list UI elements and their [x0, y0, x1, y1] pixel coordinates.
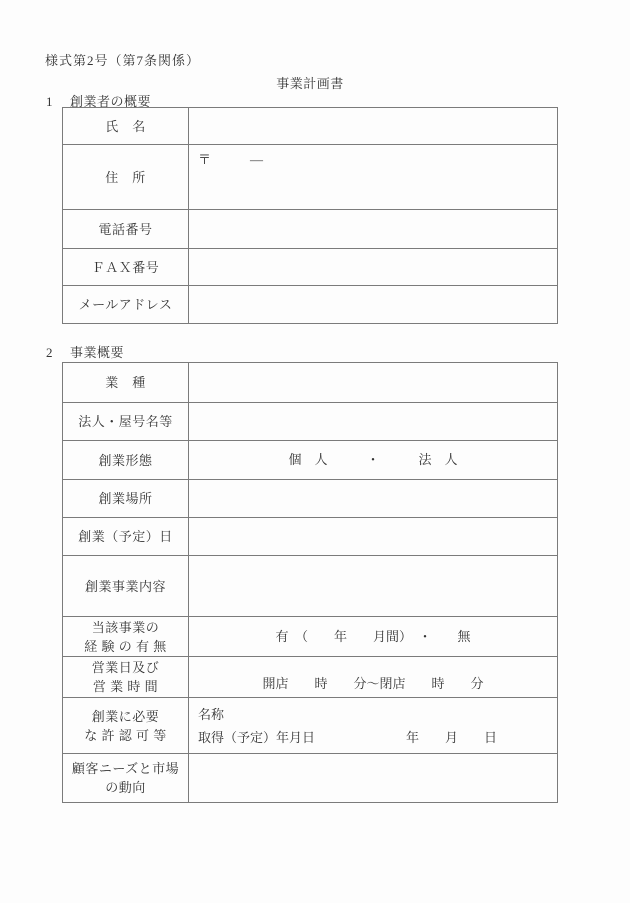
document-title: 事業計画書 [0, 73, 620, 92]
table-row-phone: 電話番号 [63, 209, 557, 248]
table-row-location: 創業場所 [63, 479, 557, 517]
experience-options: 有 （ 年 月間） ・ 無 [189, 617, 557, 656]
license-label-line1: 創業に必要 [92, 707, 160, 726]
section1-number: 1 [46, 94, 53, 110]
table-row-email: メールアドレス [63, 285, 557, 323]
license-label: 創業に必要 な 許 認 可 等 [63, 698, 189, 753]
name-value-cell [189, 108, 557, 144]
license-date-line: 取得（予定）年月日 年 月 日 [198, 726, 497, 749]
business-detail-label: 創業事業内容 [63, 556, 189, 616]
table-row-company-name: 法人・屋号名等 [63, 402, 557, 440]
email-label: メールアドレス [63, 286, 189, 323]
table-row-fax: ＦＡＸ番号 [63, 248, 557, 285]
experience-label-line1: 当該事業の [92, 618, 160, 637]
fax-label: ＦＡＸ番号 [63, 249, 189, 285]
document-page: 様式第2号（第7条関係） 事業計画書 1創業者の概要 氏 名 住 所 〒 ― 電… [0, 0, 630, 903]
founder-overview-table: 氏 名 住 所 〒 ― 電話番号 ＦＡＸ番号 メールアドレス [62, 107, 558, 324]
business-form-label: 創業形態 [63, 441, 189, 479]
business-detail-value-cell [189, 556, 557, 616]
company-name-label: 法人・屋号名等 [63, 403, 189, 440]
table-row-license: 創業に必要 な 許 認 可 等 名称 取得（予定）年月日 年 月 日 [63, 697, 557, 753]
customer-needs-label: 顧客ニーズと市場 の動向 [63, 754, 189, 802]
phone-value-cell [189, 210, 557, 248]
table-row-business-hours: 営業日及び 営 業 時 間 開店 時 分～閉店 時 分 [63, 656, 557, 697]
license-name-line: 名称 [198, 703, 224, 726]
table-row-experience: 当該事業の 経 験 の 有 無 有 （ 年 月間） ・ 無 [63, 616, 557, 656]
table-row-business-detail: 創業事業内容 [63, 555, 557, 616]
fax-value-cell [189, 249, 557, 285]
address-value-cell: 〒 ― [189, 145, 557, 209]
table-row-business-form: 創業形態 個 人 ・ 法 人 [63, 440, 557, 479]
customer-needs-label-line2: の動向 [105, 778, 146, 797]
section2-heading: 2事業概要 [46, 342, 124, 361]
table-row-name: 氏 名 [63, 108, 557, 144]
business-overview-table: 業 種 法人・屋号名等 創業形態 個 人 ・ 法 人 創業場所 創業（予定）日 … [62, 362, 558, 803]
address-label: 住 所 [63, 145, 189, 209]
license-label-line2: な 許 認 可 等 [84, 726, 167, 745]
industry-label: 業 種 [63, 363, 189, 402]
business-hours-value-cell: 開店 時 分～閉店 時 分 [189, 657, 557, 697]
email-value-cell [189, 286, 557, 323]
industry-value-cell [189, 363, 557, 402]
license-value-cell: 名称 取得（予定）年月日 年 月 日 [189, 698, 557, 753]
customer-needs-label-line1: 顧客ニーズと市場 [72, 759, 179, 778]
business-hours-label-line1: 営業日及び [92, 658, 160, 677]
table-row-industry: 業 種 [63, 363, 557, 402]
business-hours-label-line2: 営 業 時 間 [93, 677, 158, 696]
company-name-value-cell [189, 403, 557, 440]
section2-title: 事業概要 [70, 345, 124, 360]
table-row-customer-needs: 顧客ニーズと市場 の動向 [63, 753, 557, 802]
table-row-address: 住 所 〒 ― [63, 144, 557, 209]
section2-number: 2 [46, 345, 53, 361]
experience-label-line2: 経 験 の 有 無 [84, 637, 167, 656]
start-date-value-cell [189, 518, 557, 555]
experience-label: 当該事業の 経 験 の 有 無 [63, 617, 189, 656]
start-date-label: 創業（予定）日 [63, 518, 189, 555]
business-hours-label: 営業日及び 営 業 時 間 [63, 657, 189, 697]
customer-needs-value-cell [189, 754, 557, 802]
table-row-start-date: 創業（予定）日 [63, 517, 557, 555]
business-form-options: 個 人 ・ 法 人 [189, 441, 557, 479]
location-label: 創業場所 [63, 480, 189, 517]
form-number: 様式第2号（第7条関係） [45, 50, 200, 69]
phone-label: 電話番号 [63, 210, 189, 248]
name-label: 氏 名 [63, 108, 189, 144]
location-value-cell [189, 480, 557, 517]
